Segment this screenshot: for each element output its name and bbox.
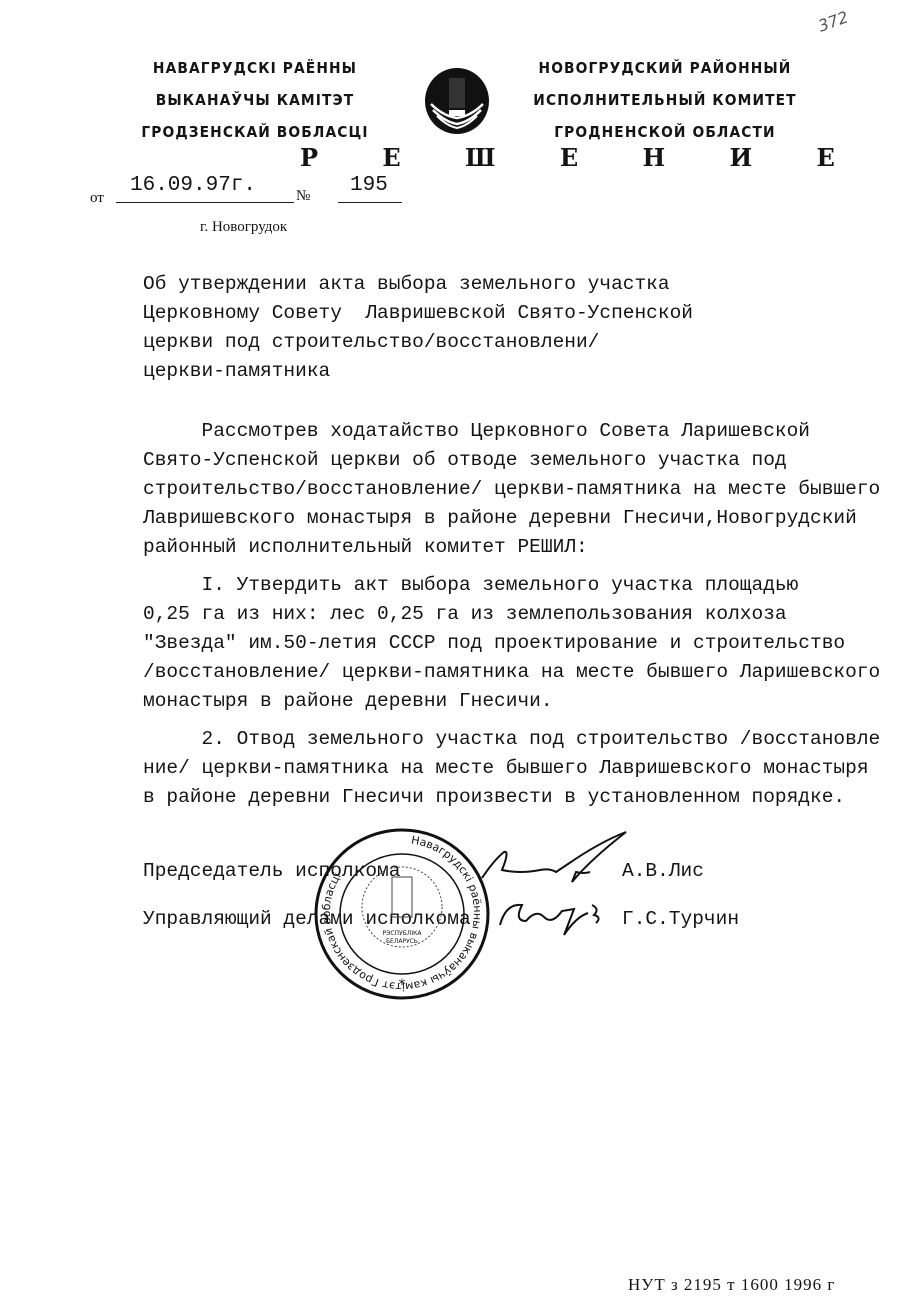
number-label: № bbox=[296, 188, 310, 205]
archive-number-mark: 372 bbox=[816, 7, 851, 35]
subject-line: церкви под строительство/восстановлени/ bbox=[143, 328, 693, 357]
header-right-block: НОВОГРУДСКИЙ РАЙОННЫЙ ИСПОЛНИТЕЛЬНЫЙ КОМ… bbox=[518, 52, 812, 148]
item-1-line: монастыря в районе деревни Гнесичи. bbox=[143, 687, 880, 716]
header-left-block: НАВАГРУДСКІ РАЁННЫ ВЫКАНАЎЧЫ КАМІТЭТ ГРО… bbox=[131, 52, 379, 148]
place: г. Новогрудок bbox=[200, 219, 287, 236]
header-right-line: НОВОГРУДСКИЙ РАЙОННЫЙ bbox=[518, 52, 812, 84]
svg-text:Навагрудскі раённы выканаўчы к: Навагрудскі раённы выканаўчы камітэт Гро… bbox=[320, 834, 484, 993]
from-label: от bbox=[90, 190, 104, 207]
signature-scribble-manager bbox=[496, 895, 606, 945]
official-stamp: Навагрудскі раённы выканаўчы камітэт Гро… bbox=[312, 827, 492, 1002]
header-left-line: НАВАГРУДСКІ РАЁННЫ bbox=[131, 52, 379, 84]
coat-of-arms-icon bbox=[423, 64, 491, 136]
preamble-line: Рассмотрев ходатайство Церковного Совета… bbox=[143, 417, 880, 446]
number-field: 195 bbox=[338, 176, 402, 203]
signature-name-chairman: А.В.Лис bbox=[622, 860, 704, 882]
number-value: 195 bbox=[350, 174, 388, 197]
subject-line: Об утверждении акта выбора земельного уч… bbox=[143, 270, 693, 299]
signature-name-manager: Г.С.Турчин bbox=[622, 908, 739, 930]
signature-scribble-chairman bbox=[480, 830, 630, 905]
print-mark: НУТ з 2195 т 1600 1996 г bbox=[628, 1275, 835, 1295]
item-2-line: в районе деревни Гнесичи произвести в ус… bbox=[143, 783, 880, 812]
item-1-line: 0,25 га из них: лес 0,25 га из землеполь… bbox=[143, 600, 880, 629]
stamp-center-line: БЕЛАРУСЬ bbox=[386, 938, 418, 945]
subject-line: Церковному Совету Лавришевской Свято-Усп… bbox=[143, 299, 693, 328]
document-title: Р Е Ш Е Н И Е bbox=[300, 143, 863, 172]
date-value: 16.09.97г. bbox=[130, 174, 256, 197]
preamble-line: районный исполнительный комитет РЕШИЛ: bbox=[143, 533, 880, 562]
item-2-line: ние/ церкви-памятника на месте бывшего Л… bbox=[143, 754, 880, 783]
subject-block: Об утверждении акта выбора земельного уч… bbox=[143, 270, 693, 386]
header-left-line: ВЫКАНАЎЧЫ КАМІТЭТ bbox=[131, 84, 379, 116]
item-1-line: /восстановление/ церкви-памятника на мес… bbox=[143, 658, 880, 687]
stamp-star-icon: * bbox=[399, 977, 406, 993]
preamble-line: Лавришевского монастыря в районе деревни… bbox=[143, 504, 880, 533]
item-2-line: 2. Отвод земельного участка под строител… bbox=[143, 725, 880, 754]
subject-line: церкви-памятника bbox=[143, 357, 693, 386]
item-1-line: I. Утвердить акт выбора земельного участ… bbox=[143, 571, 880, 600]
item-1-line: "Звезда" им.50-летия СССР под проектиров… bbox=[143, 629, 880, 658]
stamp-ring-text: Навагрудскі раённы выканаўчы камітэт Гро… bbox=[320, 834, 484, 993]
header-right-line: ИСПОЛНИТЕЛЬНЫЙ КОМИТЕТ bbox=[518, 84, 812, 116]
body-block: Рассмотрев ходатайство Церковного Совета… bbox=[143, 417, 880, 812]
date-field: 16.09.97г. bbox=[116, 176, 294, 203]
preamble-line: строительство/восстановление/ церкви-пам… bbox=[143, 475, 880, 504]
stamp-center-line: РЭСПУБЛІКА bbox=[383, 930, 423, 937]
preamble-line: Свято-Успенской церкви об отводе земельн… bbox=[143, 446, 880, 475]
